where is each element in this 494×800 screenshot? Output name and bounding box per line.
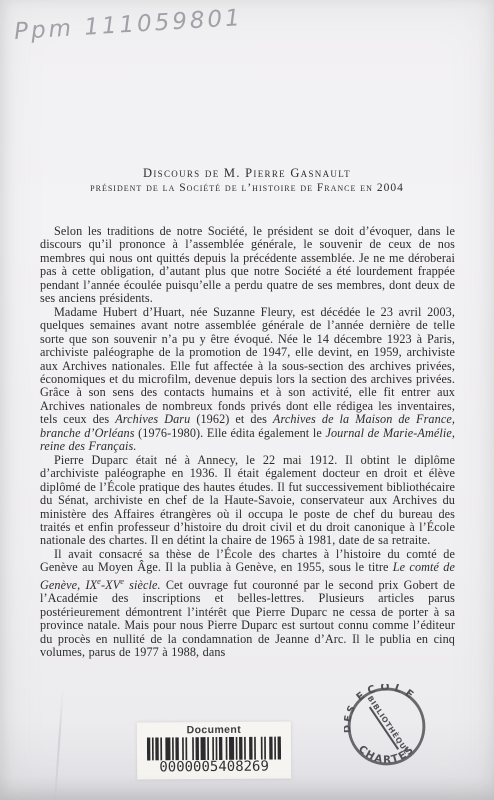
barcode-label-title: Document — [187, 724, 242, 736]
title-line-1: Discours de M. Pierre Gasnault — [0, 166, 494, 181]
stamp-circle-icon: ECOLE DES CHARTES BIBLIOTHÈQUE — [344, 684, 429, 769]
barcode-icon — [147, 737, 281, 761]
library-stamp: ECOLE DES CHARTES BIBLIOTHÈQUE — [344, 684, 429, 769]
paragraph-pierre-duparc: Pierre Duparc était né à Annecy, le 22 m… — [40, 454, 455, 548]
svg-text:DES: DES — [344, 702, 359, 733]
paragraph-hubert-dhuart: Madame Hubert d’Huart, née Suzanne Fleur… — [40, 306, 455, 454]
scanned-document-page: Ppm 111059801 Discours de M. Pierre Gasn… — [0, 0, 494, 800]
paper-crease — [54, 688, 64, 800]
barcode-label: Document 0000005408269 — [137, 721, 291, 779]
stamp-text-bibliotheque: BIBLIOTHÈQUE — [366, 694, 412, 756]
document-title: Discours de M. Pierre Gasnault président… — [0, 166, 494, 194]
svg-text:ECOLE: ECOLE — [354, 684, 420, 704]
title-line-2: président de la Société de l’histoire de… — [0, 182, 494, 194]
stamp-text-ecole: ECOLE — [354, 684, 420, 704]
paragraph-intro: Selon les traditions de notre Société, l… — [40, 225, 455, 306]
stamp-text-des: DES — [344, 702, 359, 733]
handwritten-shelfmark: Ppm 111059801 — [13, 5, 243, 45]
body-text: Selon les traditions de notre Société, l… — [40, 225, 455, 660]
stamp-diagonal-band: BIBLIOTHÈQUE — [365, 694, 412, 757]
paragraph-duparc-works: Il avait consacré sa thèse de l’École de… — [40, 548, 455, 660]
barcode-number: 0000005408269 — [159, 759, 269, 776]
